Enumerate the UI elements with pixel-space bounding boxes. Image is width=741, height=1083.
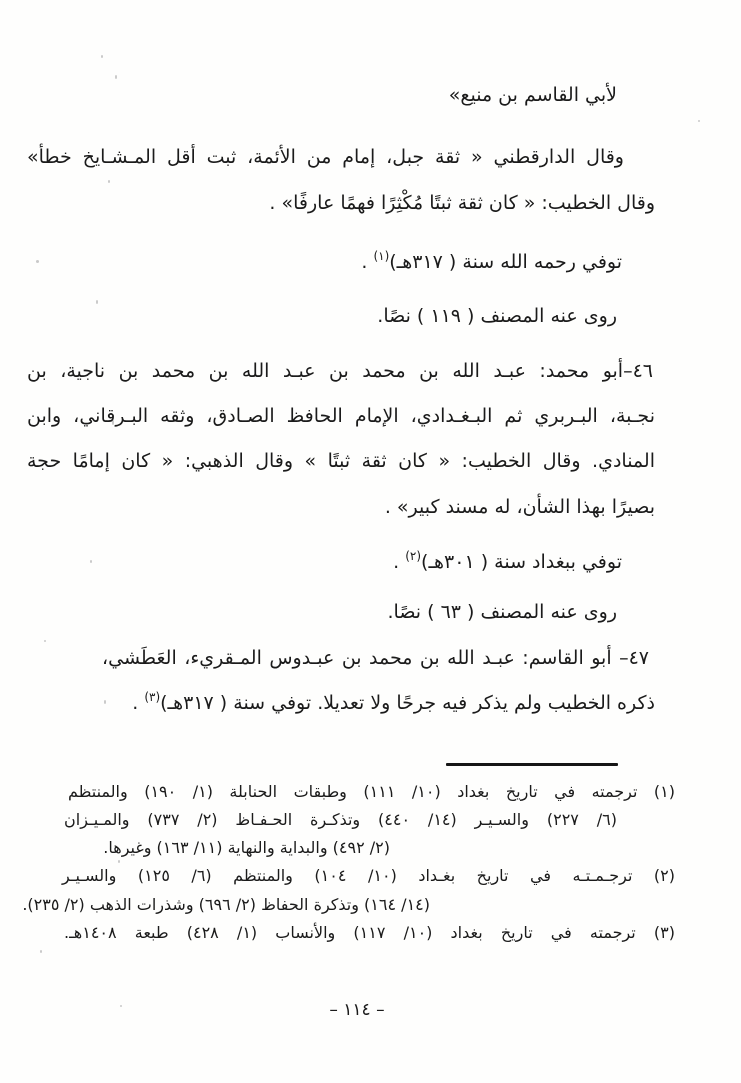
- footnote-line: (٢) ترجـمـتـه في تاريخ بغـداد (١٠/ ١٠٤) …: [62, 863, 675, 889]
- footnote-line-text: (٢/ ٤٩٢) والبداية والنهاية (١١/ ١٦٣) وغي…: [103, 838, 390, 857]
- body-line: لأبي القاسم بن منيع»: [449, 80, 617, 110]
- body-line-text: ٤٧– أبو القاسم: عبـد الله بن محمد بن عبـ…: [102, 647, 649, 669]
- body-line-text: نجـبة، البـربري ثم البـغـدادي، الإمام ال…: [27, 405, 655, 427]
- scan-speck: [90, 560, 92, 563]
- body-line-text: بصيرًا بهذا الشأن، له مسند كبير» .: [385, 496, 655, 518]
- body-line-text: توفي رحمه الله سنة ( ٣١٧هـ): [389, 251, 622, 273]
- body-line: ٤٦–أبو محمد: عبـد الله بن محمد بن عبـد ا…: [27, 356, 653, 386]
- page-number: – ١١٤ –: [312, 1000, 402, 1020]
- body-line: بصيرًا بهذا الشأن، له مسند كبير» .: [385, 492, 655, 522]
- body-line: روى عنه المصنف ( ٦٣ ) نصًا.: [388, 597, 618, 627]
- body-line-text: ٤٦–أبو محمد: عبـد الله بن محمد بن عبـد ا…: [27, 360, 653, 382]
- footnote-line-text: (١٤/ ١٦٤) وتذكرة الحفاظ (٢/ ٦٩٦) وشذرات …: [22, 895, 430, 914]
- body-line: ٤٧– أبو القاسم: عبـد الله بن محمد بن عبـ…: [102, 643, 649, 673]
- body-line-text: وقال الدارقطني « ثقة جبل، إمام من الأئمة…: [27, 146, 624, 168]
- body-line: توفي ببغداد سنة ( ٣٠١هـ)(٢) .: [393, 547, 622, 579]
- footnote-line-text: (١) ترجمته في تاريخ بغداد (١٠/ ١١١) وطبق…: [68, 782, 675, 801]
- scanned-book-page: لأبي القاسم بن منيع» وقال الدارقطني « ثق…: [0, 0, 741, 1083]
- footnote-separator: [446, 763, 618, 766]
- footnote-line-text: (٣) ترجمته في تاريخ بغداد (١٠/ ١١٧) والأ…: [64, 923, 675, 942]
- scan-speck: [118, 860, 120, 863]
- footnote-line: (٦/ ٢٢٧) والسـيـر (١٤/ ٤٤٠) وتذكـرة الحـ…: [64, 807, 617, 833]
- scan-speck: [108, 180, 110, 183]
- scan-speck: [96, 300, 98, 304]
- body-line: وقال الدارقطني « ثقة جبل، إمام من الأئمة…: [27, 142, 624, 172]
- footnote-line: (٢/ ٤٩٢) والبداية والنهاية (١١/ ١٦٣) وغي…: [103, 835, 390, 861]
- footnote-line: (١) ترجمته في تاريخ بغداد (١٠/ ١١١) وطبق…: [68, 779, 675, 805]
- scan-speck: [112, 420, 114, 425]
- scan-speck: [698, 120, 700, 122]
- footnote-line-text: (٢) ترجـمـتـه في تاريخ بغـداد (١٠/ ١٠٤) …: [62, 866, 675, 885]
- body-line: المنادي. وقال الخطيب: « كان ثقة ثبتًا » …: [27, 446, 655, 476]
- body-line-text: المنادي. وقال الخطيب: « كان ثقة ثبتًا » …: [27, 450, 655, 472]
- body-line: وقال الخطيب: « كان ثقة ثبتًا مُكْثِرًا ف…: [269, 188, 655, 218]
- body-line: نجـبة، البـربري ثم البـغـدادي، الإمام ال…: [27, 401, 655, 431]
- scan-speck: [104, 700, 106, 704]
- body-line-text: لأبي القاسم بن منيع»: [449, 84, 617, 106]
- scan-speck: [36, 260, 39, 263]
- scan-speck: [40, 950, 42, 953]
- body-line-text: توفي ببغداد سنة ( ٣٠١هـ): [421, 551, 622, 573]
- body-line: ذكره الخطيب ولم يذكر فيه جرحًا ولا تعديل…: [132, 688, 655, 720]
- scan-speck: [44, 640, 46, 642]
- footnote-ref: (١): [373, 249, 389, 263]
- body-line-text: ذكره الخطيب ولم يذكر فيه جرحًا ولا تعديل…: [160, 692, 655, 714]
- footnote-line: (٣) ترجمته في تاريخ بغداد (١٠/ ١١٧) والأ…: [64, 920, 675, 946]
- footnote-line-text: (٦/ ٢٢٧) والسـيـر (١٤/ ٤٤٠) وتذكـرة الحـ…: [64, 810, 617, 829]
- body-line-text: وقال الخطيب: « كان ثقة ثبتًا مُكْثِرًا ف…: [269, 192, 655, 214]
- footnote-line: (١٤/ ١٦٤) وتذكرة الحفاظ (٢/ ٦٩٦) وشذرات …: [22, 892, 430, 918]
- body-line: توفي رحمه الله سنة ( ٣١٧هـ)(١) .: [361, 247, 622, 279]
- scan-speck: [101, 55, 103, 58]
- body-line: روى عنه المصنف ( ١١٩ ) نصًا.: [377, 301, 617, 331]
- scan-speck: [120, 1005, 122, 1007]
- footnote-ref: (٢): [405, 549, 421, 563]
- scan-speck: [115, 75, 117, 79]
- body-line-text: روى عنه المصنف ( ٦٣ ) نصًا.: [388, 601, 618, 623]
- footnote-ref: (٣): [144, 690, 160, 704]
- body-line-text: روى عنه المصنف ( ١١٩ ) نصًا.: [377, 305, 617, 327]
